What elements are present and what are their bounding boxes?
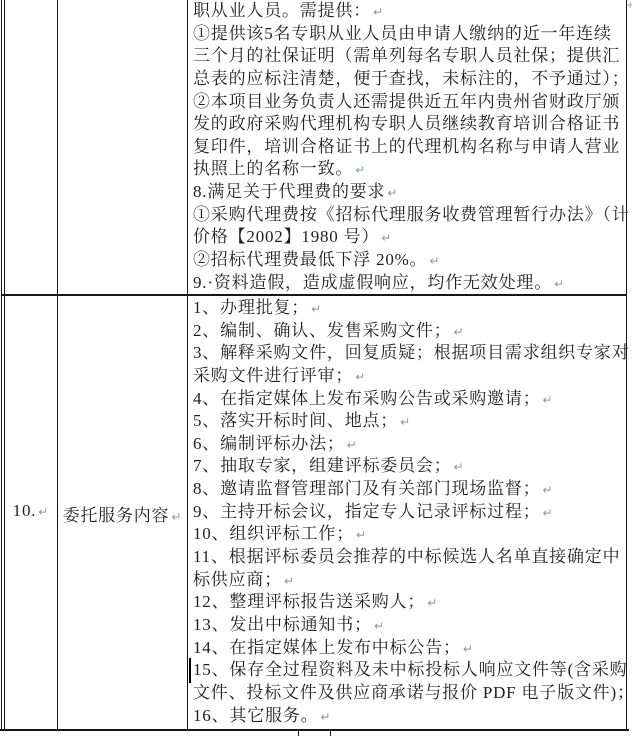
line-text: 发的政府采购代理机构专职人员继续教育培训合格证书 [193,114,620,133]
paragraph-return-icon: ↵ [554,277,564,291]
line-text: ①提供该5名专职从业人员由申请人缴纳的近一年连续 [193,24,612,43]
line-text: 6、编制评标办法； [193,434,345,453]
line-text: 执照上的名称一致。 [193,159,353,178]
paragraph-return-icon: ↵ [311,302,321,316]
text-line: 总表的应标注清楚，便于查找，未标注的，不予通过）；↵ [193,68,625,91]
line-text: 5、落实开标时间、地点； [193,411,398,430]
text-line: 执照上的名称一致。↵ [193,158,625,181]
paragraph-return-icon: ↵ [454,325,464,339]
text-line: 1、办理批复；↵ [193,297,625,320]
line-text: 15、保存全过程资料及未中标投标人响应文件等(含采购 [193,660,627,679]
line-text: 复印件，培训合格证书上的代理机构名称与申请人营业 [193,137,620,156]
paragraph-return-icon: ↵ [543,393,553,407]
paragraph-return-icon: ↵ [543,483,553,497]
line-text: 价格【2002】1980 号） [193,227,379,246]
row10-index-text: 10. [13,501,37,520]
line-text: 3、解释采购文件，回复质疑；根据项目需求组织专家对 [193,343,630,362]
line-text: 12、整理评标报告送采购人； [193,592,425,611]
line-text: 1、办理批复； [193,298,309,317]
line-text: 16、其它服务。 [193,706,318,725]
line-text: 11、根据评标委员会推荐的中标候选人名单直接确定中 [193,547,620,566]
text-line: 16、其它服务。↵ [193,705,625,728]
paragraph-return-icon: ↵ [400,415,410,429]
line-text: ①采购代理费按《招标代理服务收费管理暂行办法》（计 [193,205,630,224]
paragraph-return-icon: ↵ [355,163,365,177]
line-text: 采购文件进行评审； [193,366,353,385]
line-text: 4、在指定媒体上发布采购公告或采购邀请； [193,389,541,408]
text-line: 3、解释采购文件，回复质疑；根据项目需求组织专家对 [193,342,625,365]
paragraph-return-icon: ↵ [543,506,553,520]
text-line: 三个月的社保证明（需单列每名专职人员社保；提供汇 [193,45,625,68]
page-number-box-stub-left [298,730,299,736]
line-text: 13、发出中标通知书； [193,615,372,634]
line-text: 9、主持开标会议，指定专人记录评标过程； [193,502,541,521]
text-line: 文件、投标文件及供应商承诺与报价 PDF 电子版文件)；↵ [193,682,625,705]
line-text: 8.满足关于代理费的要求 [193,182,385,201]
table-outer-left-line-2 [4,0,5,730]
text-line: 6、编制评标办法；↵ [193,433,625,456]
table-col2-col3-border [187,0,188,730]
text-line: 14、在指定媒体上发布中标公告；↵ [193,637,625,660]
paragraph-return-icon: ↵ [427,596,437,610]
text-line: 4、在指定媒体上发布采购公告或采购邀请；↵ [193,388,625,411]
row10-title-cell: 委托服务内容↵ [57,501,187,526]
line-text: 7、抽取专家，组建评标委员会； [193,456,452,475]
text-line: 12、整理评标报告送采购人；↵ [193,591,625,614]
line-text: 8、邀请监督管理部门及有关部门现场监督； [193,479,541,498]
table-outer-left-line-1 [1,0,2,730]
line-text: 文件、投标文件及供应商承诺与报价 PDF 电子版文件)； [193,683,632,702]
text-line: ②招标代理费最低下浮 20%。↵ [193,249,625,272]
table-col1-col2-border [57,0,58,730]
paragraph-return-icon: ↵ [463,642,473,656]
text-line: 职从业人员。需提供：↵ [193,0,625,23]
text-line: 10、组织评标工作；↵ [193,523,625,546]
paragraph-return-icon: ↵ [320,710,330,724]
paragraph-return-icon: ↵ [347,438,357,452]
text-line: 13、发出中标通知书；↵ [193,614,625,637]
scan-artifact-mark: + [626,0,632,11]
line-text: ②招标代理费最低下浮 20%。 [193,250,427,269]
table-bottom-border [0,729,629,731]
row10-title-text: 委托服务内容 [63,506,170,525]
text-line: 9、主持开标会议，指定专人记录评标过程；↵ [193,501,625,524]
text-line: 5、落实开标时间、地点；↵ [193,410,625,433]
paragraph-return-icon: ↵ [387,186,397,200]
text-line: 8、邀请监督管理部门及有关部门现场监督；↵ [193,478,625,501]
paragraph-return-icon: ↵ [374,619,384,633]
line-text: 9.·资料造假，造成虚假响应，均作无效处理。 [193,273,552,292]
row10-index-cell: 10.↵ [4,501,57,521]
paragraph-return-icon: ↵ [356,528,366,542]
line-text: 2、编制、确认、发售采购文件； [193,321,452,340]
paragraph-return-icon: ↵ [373,5,383,19]
text-line: ①采购代理费按《招标代理服务收费管理暂行办法》（计 [193,204,625,227]
prev-row-requirements-cell: 职从业人员。需提供：↵①提供该5名专职从业人员由申请人缴纳的近一年连续三个月的社… [193,0,625,294]
paragraph-return-icon: ↵ [381,231,391,245]
table-outer-right-line [626,0,627,730]
text-line: 复印件，培训合格证书上的代理机构名称与申请人营业 [193,136,625,159]
line-text: 三个月的社保证明（需单列每名专职人员社保；提供汇 [193,46,620,65]
line-text: 14、在指定媒体上发布中标公告； [193,638,461,657]
text-line: 15、保存全过程资料及未中标投标人响应文件等(含采购 [193,659,625,682]
paragraph-return-icon: ↵ [429,254,439,268]
document-page: + 职从业人员。需提供：↵①提供该5名专职从业人员由申请人缴纳的近一年连续三个月… [0,0,632,736]
text-line: 价格【2002】1980 号）↵ [193,226,625,249]
line-text: 总表的应标注清楚，便于查找，未标注的，不予通过）； [193,69,630,88]
line-text: 标供应商； [193,570,282,589]
paragraph-return-icon: ↵ [171,510,181,524]
paragraph-return-icon: ↵ [284,574,294,588]
page-number-box-stub-right [330,730,331,736]
text-line: 2、编制、确认、发售采购文件；↵ [193,320,625,343]
paragraph-return-icon: ↵ [454,460,464,474]
text-line: ①提供该5名专职从业人员由申请人缴纳的近一年连续 [193,23,625,46]
text-line: 采购文件进行评审；↵ [193,365,625,388]
text-line: 标供应商；↵ [193,569,625,592]
paragraph-return-icon: ↵ [355,370,365,384]
line-text: 职从业人员。需提供： [193,1,371,20]
text-line: 8.满足关于代理费的要求↵ [193,181,625,204]
text-line: 11、根据评标委员会推荐的中标候选人名单直接确定中 [193,546,625,569]
text-caret [189,658,191,683]
line-text: ②本项目业务负责人还需提供近五年内贵州省财政厅颁 [193,92,620,111]
line-text: 10、组织评标工作； [193,524,354,543]
paragraph-return-icon: ↵ [38,505,48,519]
text-line: ②本项目业务负责人还需提供近五年内贵州省财政厅颁 [193,91,625,114]
text-line: 7、抽取专家，组建评标委员会；↵ [193,455,625,478]
row10-service-list-cell: 1、办理批复；↵2、编制、确认、发售采购文件；↵3、解释采购文件，回复质疑；根据… [193,297,625,727]
text-line: 9.·资料造假，造成虚假响应，均作无效处理。↵ [193,272,625,295]
text-line: 发的政府采购代理机构专职人员继续教育培训合格证书 [193,113,625,136]
